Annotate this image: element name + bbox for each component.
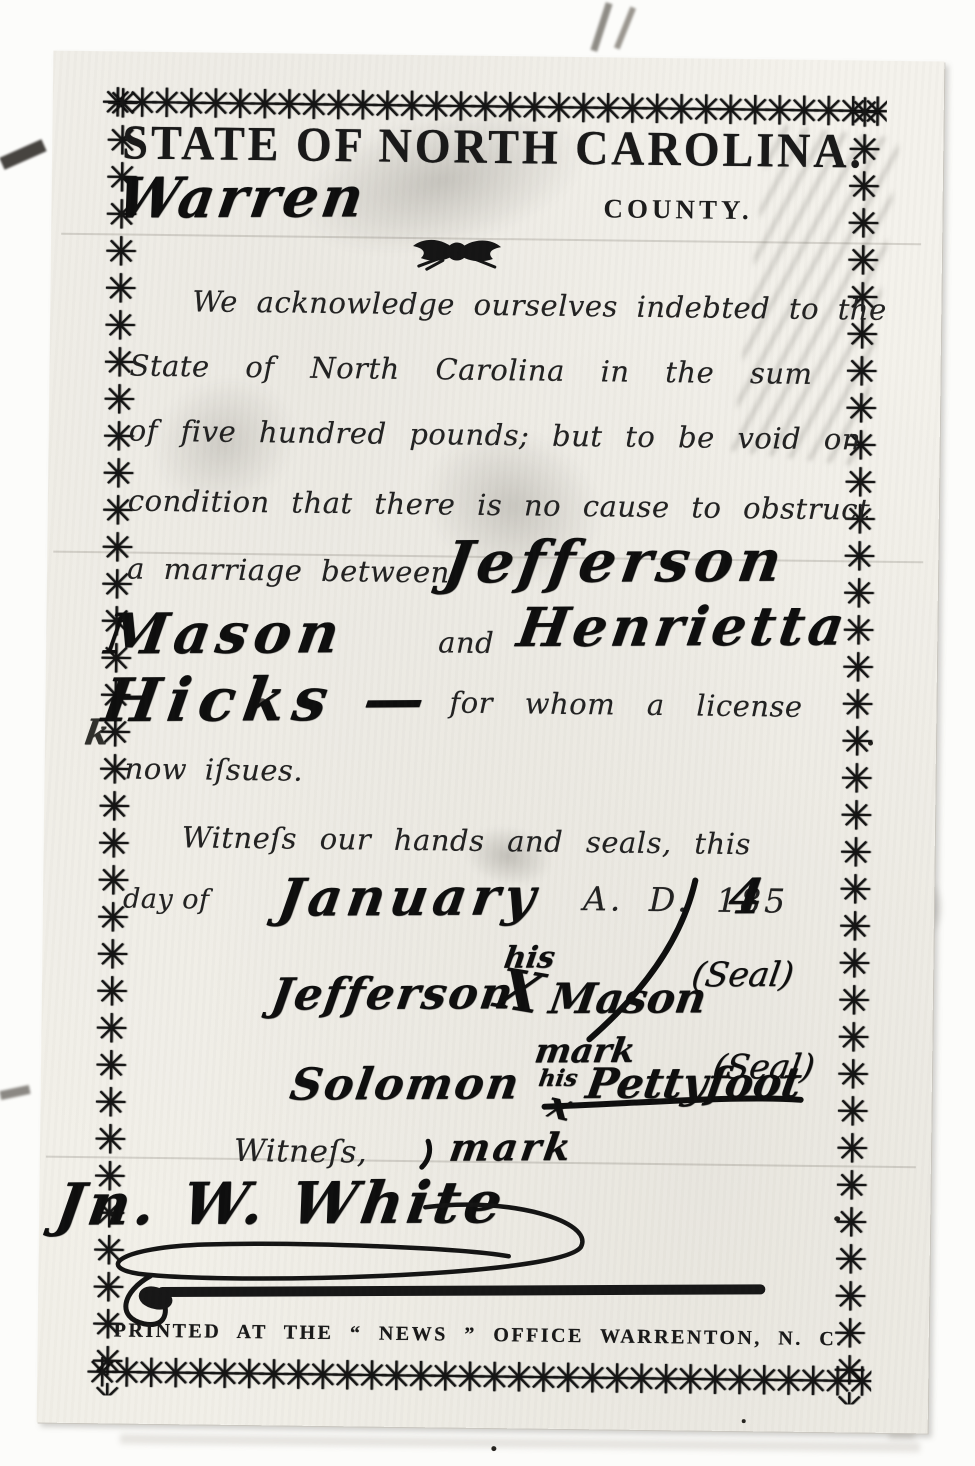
witness-label: Witneſs, [234, 1133, 368, 1171]
pencil-ghost-scribble [269, 71, 615, 291]
printer-imprint: PRINTED AT THE “ NEWS ” OFFICE WARRENTON… [86, 1319, 872, 1352]
scan-streak [53, 551, 923, 564]
pencil-mark [614, 6, 636, 49]
border-ornament-top: ✳✳✳✳✳✳✳✳✳✳✳✳✳✳✳✳✳✳✳✳✳✳✳✳✳✳✳✳✳✳✳✳✳✳ [101, 81, 887, 135]
pencil-ghost-scribble [120, 343, 328, 543]
ornamental-border-frame: ✳✳✳✳✳✳✳✳✳✳✳✳✳✳✳✳✳✳✳✳✳✳✳✳✳✳✳✳✳✳✳✳✳✳ ✳✳✳✳✳… [85, 81, 887, 1405]
pencil-ghost-scribble [732, 123, 900, 466]
ad-year-printed: A. D. 185 [583, 879, 789, 921]
ink-speck [491, 1446, 496, 1451]
document-title: STATE OF NORTH CAROLINA. [100, 114, 887, 180]
body-line-6: for whom a license [449, 685, 803, 723]
ink-speck [257, 698, 266, 705]
ink-speck [834, 1216, 840, 1221]
bride-name-handwritten: Henrietta [518, 592, 848, 660]
pencil-ghost-scribble [459, 818, 559, 894]
body-line-8: Witneſs our hands and seals, this [182, 820, 751, 861]
sig1-name: Jefferson [272, 967, 515, 1021]
border-ornament-bottom: ✳✳✳✳✳✳✳✳✳✳✳✳✳✳✳✳✳✳✳✳✳✳✳✳✳✳✳✳✳✳✳✳✳✳ [85, 1351, 871, 1405]
sig2-surname: Pettyfoot [587, 1057, 801, 1109]
county-name-handwritten: Warren [117, 163, 365, 232]
sig2-seal: (Seal) [713, 1047, 815, 1088]
county-label: COUNTY. [603, 193, 753, 226]
sig1-x-mark: X [498, 958, 542, 1025]
sig1-surname: Mason [550, 973, 706, 1024]
pencil-ghost-scribble [393, 394, 632, 619]
scan-streak [46, 1156, 916, 1169]
body-line-3: of five hundred pounds; but to be void o… [129, 414, 862, 457]
body-line-5: a marriage between [127, 552, 450, 590]
document-paper: ✳✳✳✳✳✳✳✳✳✳✳✳✳✳✳✳✳✳✳✳✳✳✳✳✳✳✳✳✳✳✳✳✳✳ ✳✳✳✳✳… [37, 51, 945, 1434]
groom-name-handwritten: Jefferson [445, 525, 786, 597]
sig2-name: Solomon [291, 1058, 521, 1112]
sig1-mark-label: mark [535, 1031, 635, 1072]
month-handwritten: January [279, 865, 540, 929]
paper-edge-shadow-bottom [120, 1434, 920, 1452]
body-line-2: State of North Carolina in the sum [129, 349, 812, 391]
year-digit-handwritten: 4 [729, 869, 763, 925]
pen-flourishes [37, 51, 945, 1434]
pencil-mark [0, 1085, 31, 1100]
and-label: and [438, 625, 494, 660]
day-of-label: day of [123, 884, 210, 916]
pencil-mark [590, 2, 612, 52]
ink-speck [868, 741, 873, 746]
sig2-mark-label: mark [450, 1124, 574, 1171]
scan-streak [61, 233, 921, 246]
body-line-1: We acknowledge ourselves indebted to the [192, 284, 887, 326]
ink-speck [742, 1419, 746, 1423]
body-line-4: condition that there is no cause to obst… [128, 484, 871, 527]
bride-surname-handwritten: Hicks — [103, 663, 432, 737]
groom-surname-handwritten: Mason [106, 599, 345, 668]
body-line-7: now iſsues. [124, 752, 303, 788]
sig2-his-label: his [539, 1065, 578, 1092]
border-ornament-right: ✳✳✳✳✳✳✳✳✳✳✳✳✳✳✳✳✳✳✳✳✳✳✳✳✳✳✳✳✳✳✳✳✳✳✳✳✳✳✳✳… [827, 90, 887, 1404]
witness-signature: Jn. W. White [57, 1167, 505, 1240]
sig1-seal: (Seal) [692, 954, 794, 995]
sig2-x-mark: x [548, 1083, 571, 1128]
pencil-mark [0, 139, 47, 170]
scanned-document: ✳✳✳✳✳✳✳✳✳✳✳✳✳✳✳✳✳✳✳✳✳✳✳✳✳✳✳✳✳✳✳✳✳✳ ✳✳✳✳✳… [0, 0, 975, 1466]
sig1-his-label: his [504, 940, 555, 976]
fleuron-ornament [407, 233, 507, 272]
stray-pen-mark: k [85, 713, 109, 753]
border-ornament-left: ✳✳✳✳✳✳✳✳✳✳✳✳✳✳✳✳✳✳✳✳✳✳✳✳✳✳✳✳✳✳✳✳✳✳✳✳✳✳✳✳… [85, 81, 145, 1395]
